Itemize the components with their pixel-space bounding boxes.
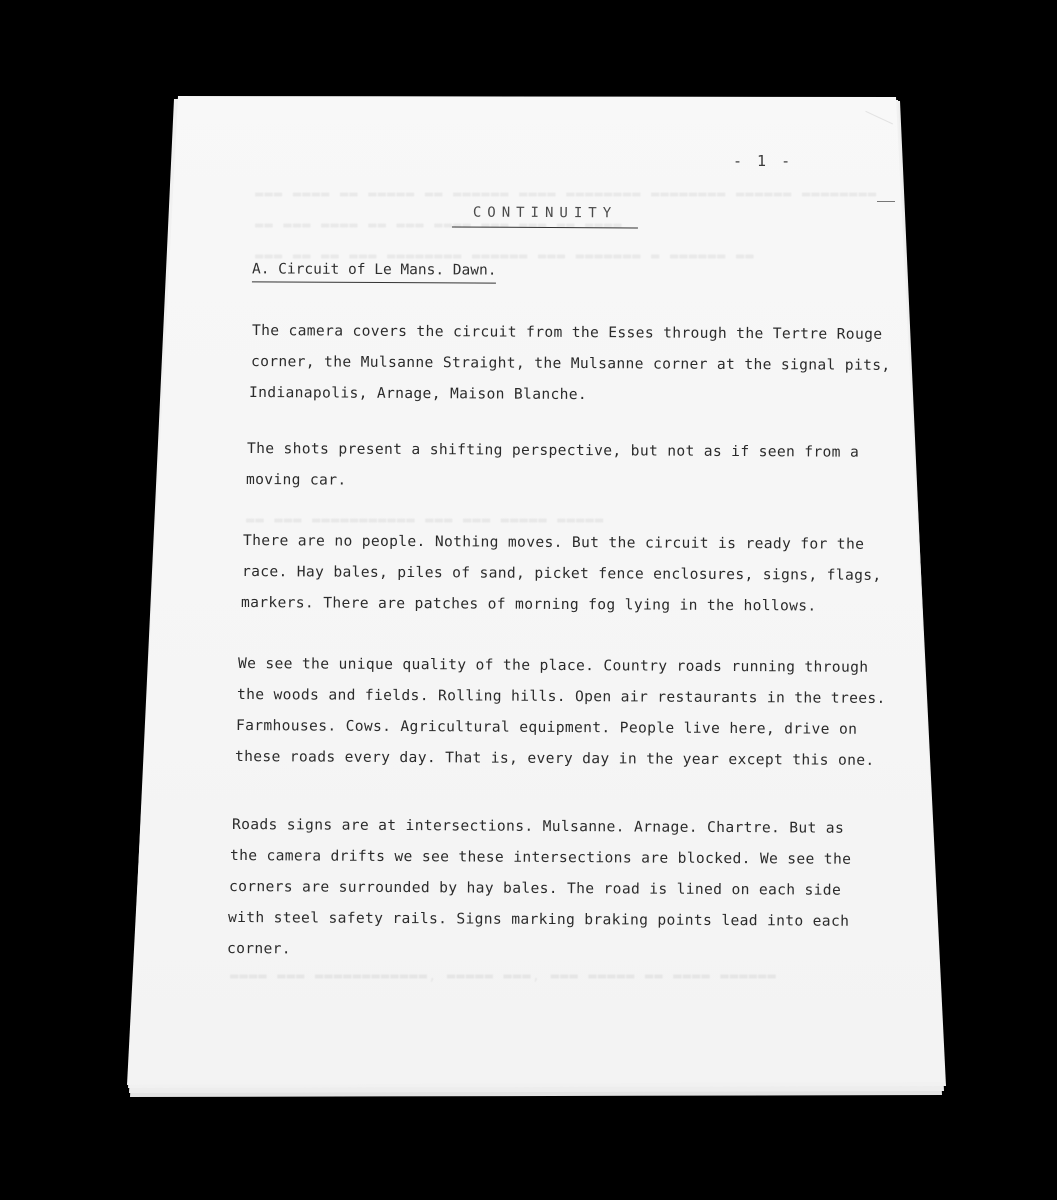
paragraph-line: corners are surrounded by hay bales. The… [229, 878, 841, 899]
paragraph-line: corner, the Mulsanne Straight, the Mulsa… [251, 353, 891, 374]
paragraph-line: Roads signs are at intersections. Mulsan… [232, 816, 844, 837]
paragraph-line: race. Hay bales, piles of sand, picket f… [242, 563, 882, 584]
document-title: CONTINUITY [452, 205, 638, 229]
section-heading: A. Circuit of Le Mans. Dawn. [252, 261, 497, 283]
paragraph-line: moving car. [246, 471, 347, 489]
paragraph-line: Indianapolis, Arnage, Maison Blanche. [249, 384, 587, 403]
margin-mark [877, 201, 895, 202]
paragraph-line: There are no people. Nothing moves. But … [243, 532, 864, 553]
paragraph-line: The shots present a shifting perspective… [247, 440, 859, 461]
paragraph-line: the camera drifts we see these intersect… [230, 847, 851, 868]
show-through-texture: ▬▬ ▬▬▬ ▬▬▬▬▬▬▬▬▬▬▬ ▬▬▬ ▬▬▬ ▬▬▬▬▬ ▬▬▬▬▬ [246, 512, 604, 528]
typewritten-page: ▬▬▬ ▬▬▬▬ ▬▬ ▬▬▬▬▬ ▬▬ ▬▬▬▬▬▬ ▬▬▬▬ ▬▬▬▬▬▬▬… [0, 0, 1057, 1200]
paragraph-line: The camera covers the circuit from the E… [252, 322, 882, 343]
show-through-texture: ▬▬▬▬ ▬▬▬ ▬▬▬▬▬▬▬▬▬▬▬▬, ▬▬▬▬▬ ▬▬▬, ▬▬▬ ▬▬… [230, 968, 777, 984]
paragraph-line: corner. [227, 940, 291, 957]
page-number: - 1 - [733, 152, 793, 170]
paragraph-line: with steel safety rails. Signs marking b… [228, 909, 849, 930]
paragraph-line: Farmhouses. Cows. Agricultural equipment… [236, 717, 857, 738]
paragraph-line: the woods and fields. Rolling hills. Ope… [237, 686, 886, 707]
paragraph-line: We see the unique quality of the place. … [238, 655, 868, 676]
paragraph-line: these roads every day. That is, every da… [234, 748, 874, 769]
paper-crease [865, 95, 900, 125]
paragraph-line: markers. There are patches of morning fo… [241, 594, 817, 615]
show-through-texture: ▬▬▬ ▬▬▬▬ ▬▬ ▬▬▬▬▬ ▬▬ ▬▬▬▬▬▬ ▬▬▬▬ ▬▬▬▬▬▬▬… [255, 186, 877, 202]
